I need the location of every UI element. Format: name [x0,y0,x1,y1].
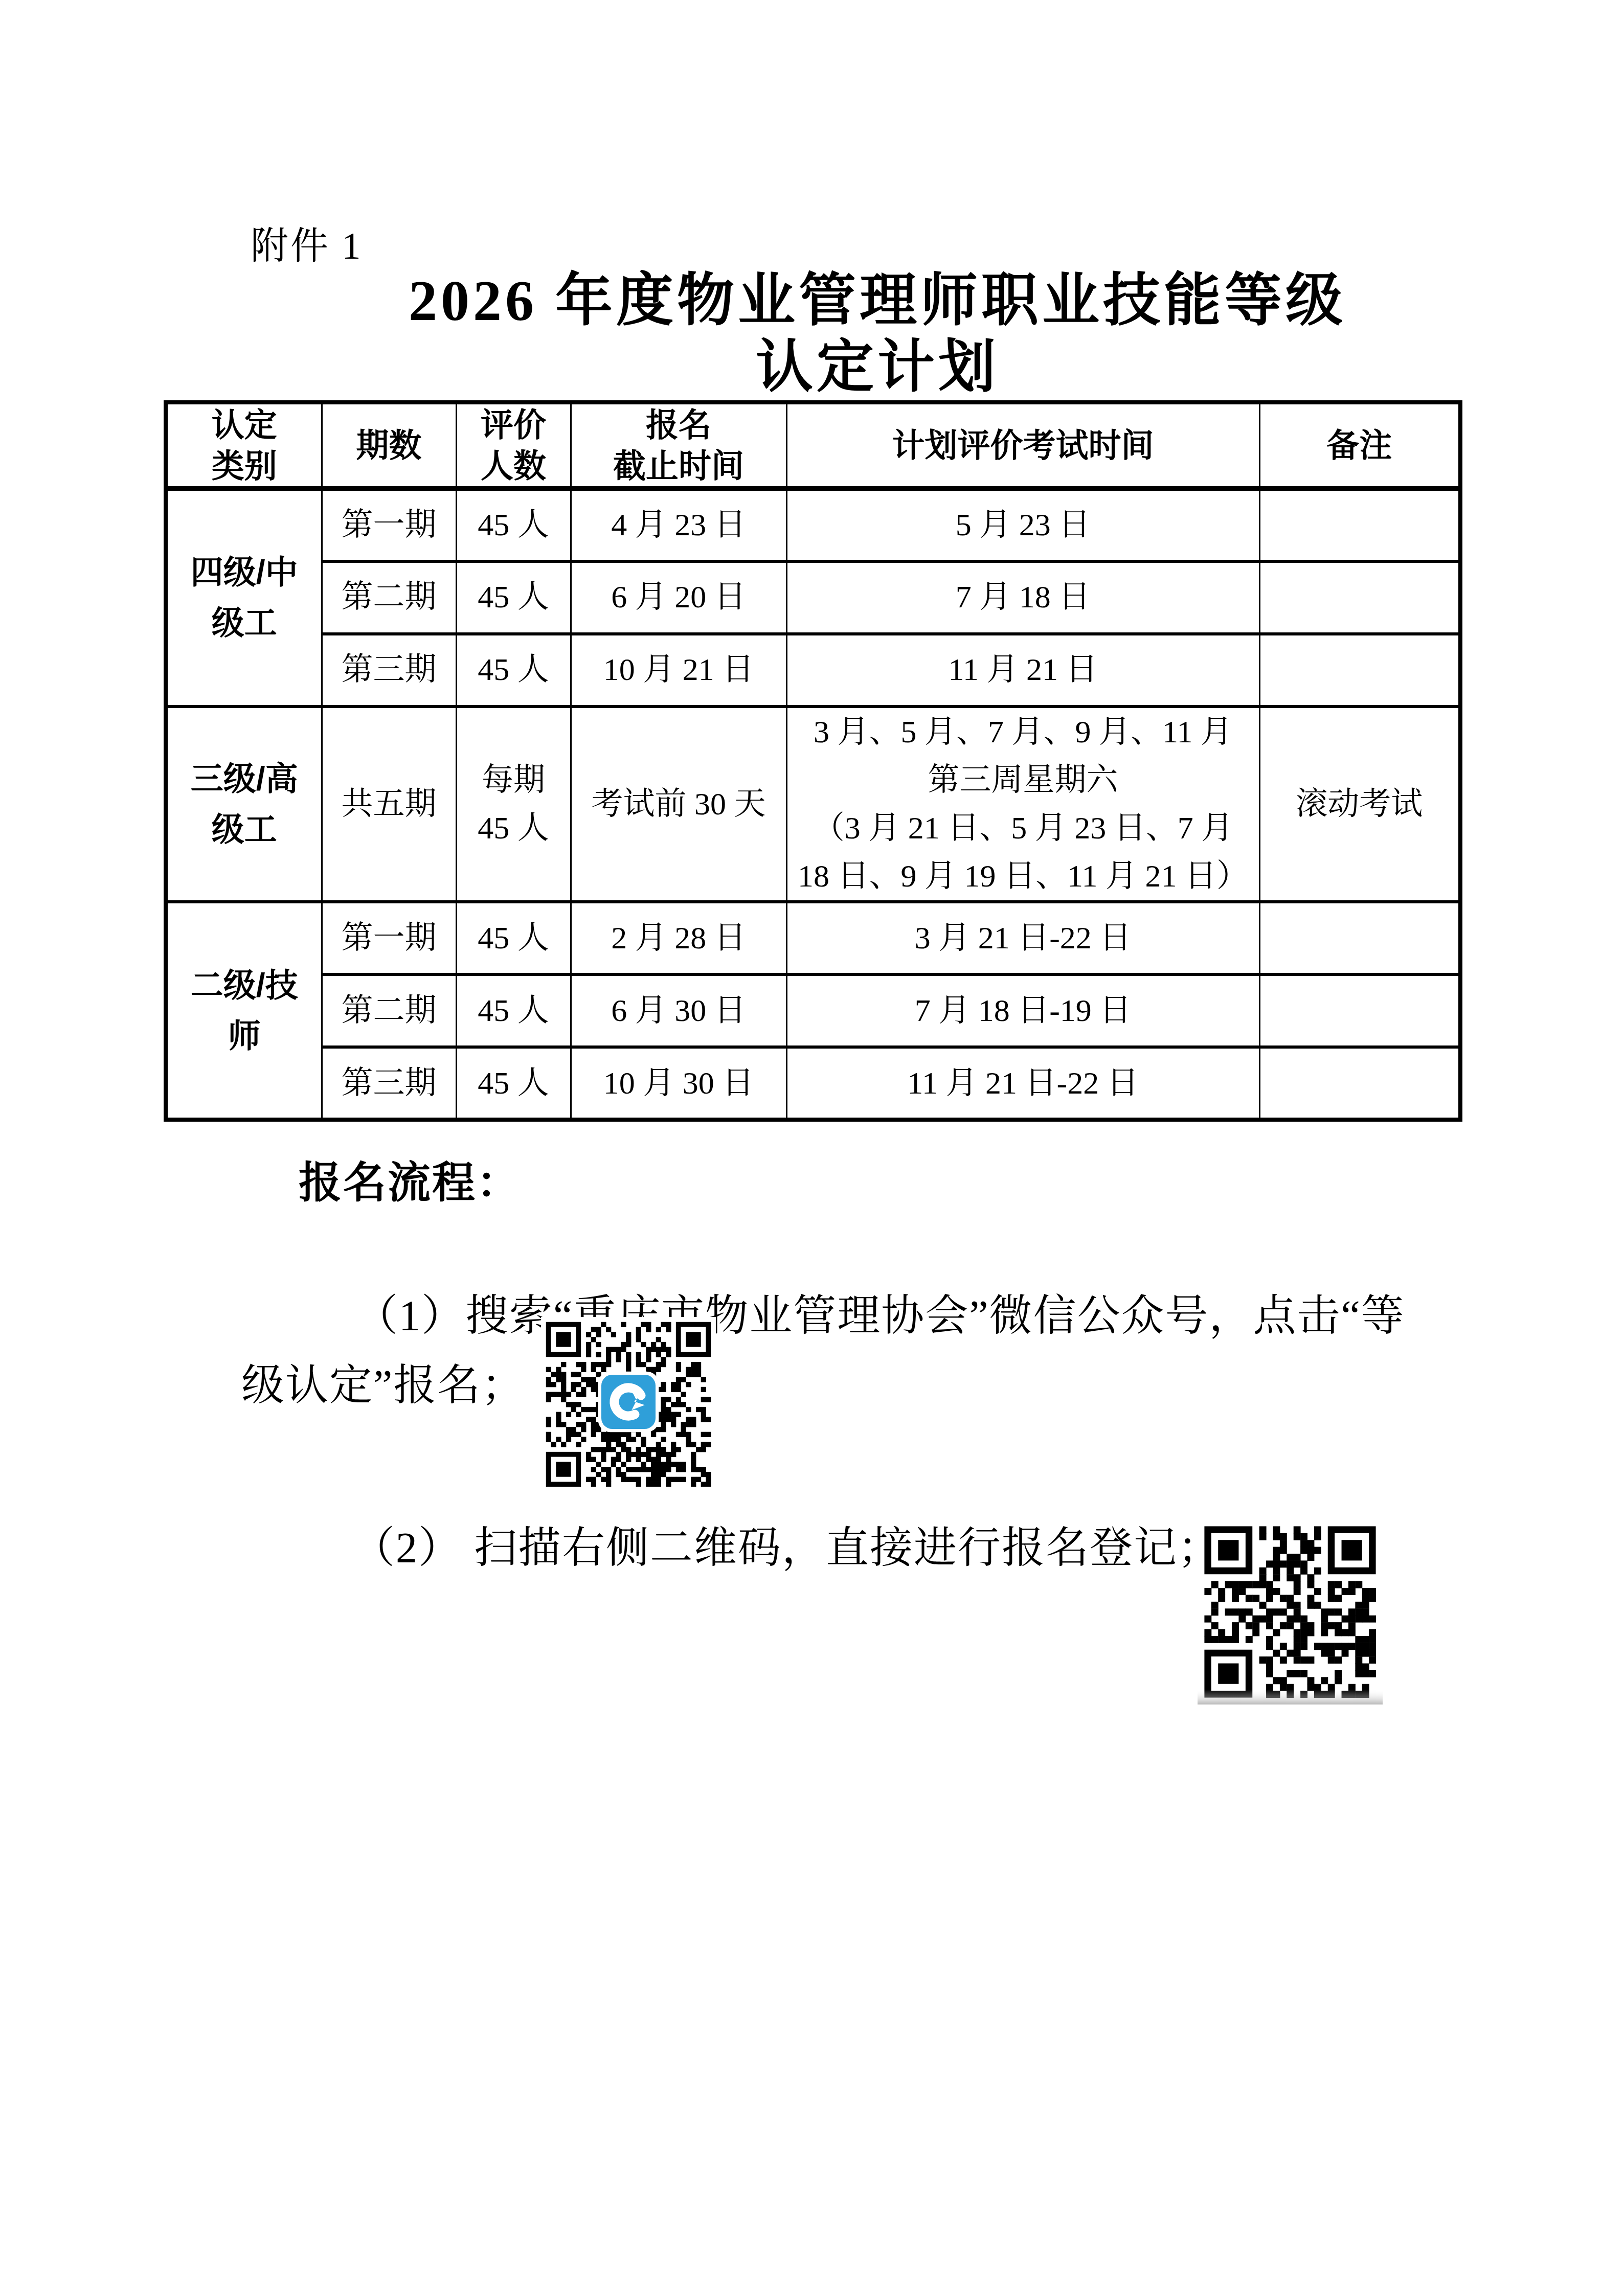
note-cell [1259,1047,1460,1120]
headcount-cell: 45 人 [456,634,571,707]
step-1-text-line-1: （1）搜索“重庆市物业管理协会”微信公众号，点击“等 [355,1281,1405,1343]
certification-plan-table: 认定 类别 期数 评价 人数 报名 截止时间 计划评价考试时间 备注 四级/中 … [164,400,1462,1122]
deadline-cell: 10 月 21 日 [571,634,786,707]
table-row: 第二期 45 人 6 月 30 日 7 月 18 日-19 日 [166,974,1460,1047]
table-header-row: 认定 类别 期数 评价 人数 报名 截止时间 计划评价考试时间 备注 [166,402,1460,489]
category-cell-level3: 三级/高 级工 [166,707,322,902]
document-title-line-1: 2026 年度物业管理师职业技能等级 [131,268,1624,334]
table-row: 四级/中 级工 第一期 45 人 4 月 23 日 5 月 23 日 [166,489,1460,561]
exam-time-cell: 11 月 21 日 [786,634,1259,707]
header-cell-deadline: 报名 截止时间 [571,402,786,489]
document-title-line-2: 认定计划 [131,334,1624,401]
header-cell-exam-time: 计划评价考试时间 [786,402,1259,489]
exam-time-cell: 5 月 23 日 [786,489,1259,561]
exam-time-cell: 3 月 21 日-22 日 [786,902,1259,974]
table-row: 第三期 45 人 10 月 30 日 11 月 21 日-22 日 [166,1047,1460,1120]
table-row: 第二期 45 人 6 月 20 日 7 月 18 日 [166,561,1460,634]
headcount-cell: 45 人 [456,974,571,1047]
header-cell-category: 认定 类别 [166,402,322,489]
attachment-label: 附件 1 [251,216,363,270]
table-row: 二级/技 师 第一期 45 人 2 月 28 日 3 月 21 日-22 日 [166,902,1460,974]
category-cell-level2: 二级/技 师 [166,902,322,1120]
period-cell: 共五期 [322,707,456,902]
note-cell [1259,489,1460,561]
header-cell-headcount: 评价 人数 [456,402,571,489]
deadline-cell: 6 月 20 日 [571,561,786,634]
deadline-cell: 6 月 30 日 [571,974,786,1047]
headcount-cell: 45 人 [456,1047,571,1120]
exam-time-cell: 11 月 21 日-22 日 [786,1047,1259,1120]
period-cell: 第一期 [322,489,456,561]
table-row: 第三期 45 人 10 月 21 日 11 月 21 日 [166,634,1460,707]
exam-time-cell: 7 月 18 日 [786,561,1259,634]
exam-time-cell: 7 月 18 日-19 日 [786,974,1259,1047]
category-cell-level4: 四级/中 级工 [166,489,322,707]
deadline-cell: 4 月 23 日 [571,489,786,561]
note-cell: 滚动考试 [1259,707,1460,902]
period-cell: 第三期 [322,1047,456,1120]
period-cell: 第二期 [322,561,456,634]
document-title: 2026 年度物业管理师职业技能等级 认定计划 [131,268,1624,401]
headcount-cell: 每期 45 人 [456,707,571,902]
process-heading: 报名流程： [299,1148,521,1210]
header-cell-period: 期数 [322,402,456,489]
note-cell [1259,974,1460,1047]
note-cell [1259,561,1460,634]
note-cell [1259,634,1460,707]
table-row: 三级/高 级工 共五期 每期 45 人 考试前 30 天 3 月、5 月、7 月… [166,707,1460,902]
deadline-cell: 考试前 30 天 [571,707,786,902]
document-page: 附件 1 2026 年度物业管理师职业技能等级 认定计划 认定 类别 期数 评价… [0,0,1624,2296]
header-cell-note: 备注 [1259,402,1460,489]
period-cell: 第一期 [322,902,456,974]
registration-qr-code-icon [1198,1519,1383,1704]
exam-time-cell: 3 月、5 月、7 月、9 月、11 月 第三周星期六 （3 月 21 日、5 … [786,707,1259,902]
step-2-text: （2） 扫描右侧二维码，直接进行报名登记； [352,1513,1222,1575]
wechat-qr-code-icon [541,1317,716,1487]
step-1-text-line-2: 级认定”报名； [241,1351,525,1413]
headcount-cell: 45 人 [456,561,571,634]
deadline-cell: 2 月 28 日 [571,902,786,974]
period-cell: 第二期 [322,974,456,1047]
note-cell [1259,902,1460,974]
headcount-cell: 45 人 [456,902,571,974]
period-cell: 第三期 [322,634,456,707]
headcount-cell: 45 人 [456,489,571,561]
deadline-cell: 10 月 30 日 [571,1047,786,1120]
